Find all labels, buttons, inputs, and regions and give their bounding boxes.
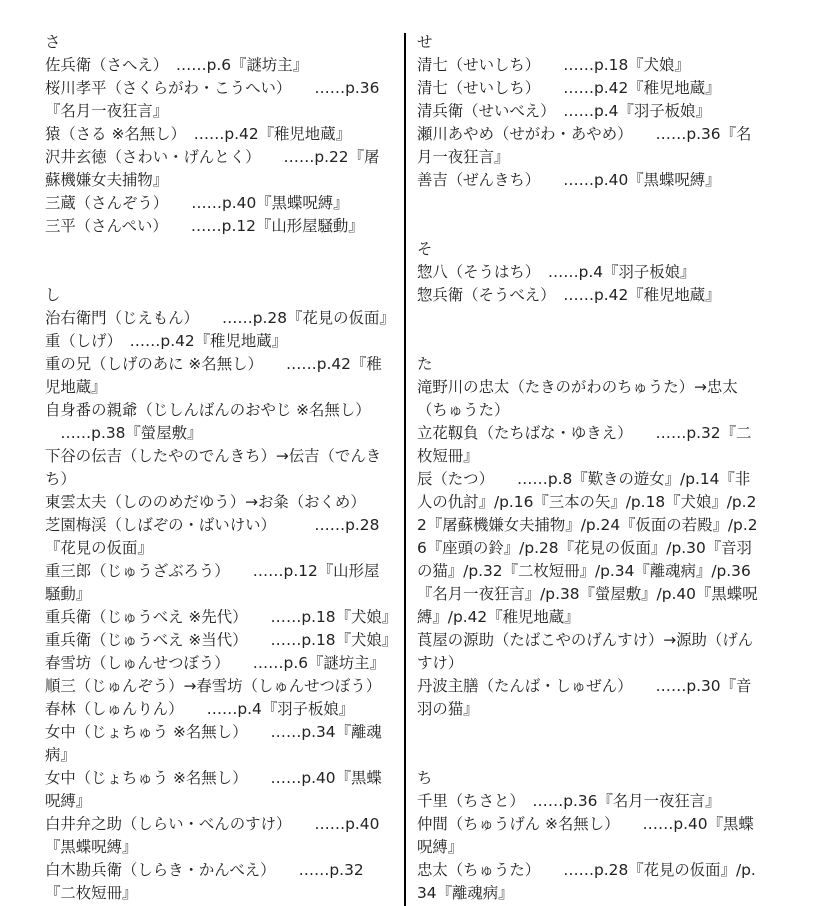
text-line: せ — [417, 31, 758, 54]
blank-line — [417, 330, 758, 353]
text-line: 仲間（ちゅうげん ※名無し） ……p.40『黒蝶 — [417, 813, 758, 836]
text-line: 重の兄（しげのあに ※名無し） ……p.42『稚 — [45, 353, 397, 376]
blank-line — [417, 744, 758, 767]
text-line: 34『離魂病』 — [417, 882, 758, 905]
blank-line — [417, 192, 758, 215]
text-line: 春林（しゅんりん） ……p.4『羽子板娘』 — [45, 698, 397, 721]
text-line: 清七（せいしち） ……p.42『稚児地蔵』 — [417, 77, 758, 100]
text-line: ……p.38『螢屋敷』 — [45, 422, 397, 445]
document-page: さ佐兵衛（さへえ） ……p.6『謎坊主』桜川孝平（さくらがわ・こうへい） ……p… — [0, 0, 827, 906]
text-line: 『黒蝶呪縛』 — [45, 836, 397, 859]
text-line: 忠太（ちゅうた） ……p.28『花見の仮面』/p. — [417, 859, 758, 882]
text-line: 東雲太夫（しののめだゆう）→お粂（おくめ） — [45, 491, 397, 514]
text-line: の猫』/p.32『二枚短冊』/p.34『離魂病』/p.36 — [417, 560, 758, 583]
text-line: 6『座頭の鈴』/p.28『花見の仮面』/p.30『音羽 — [417, 537, 758, 560]
text-line: 児地蔵』 — [45, 376, 397, 399]
blank-line — [45, 261, 397, 284]
text-line: 白井弁之助（しらい・べんのすけ） ……p.40 — [45, 813, 397, 836]
text-line: ち — [417, 767, 758, 790]
text-line: 惣兵衛（そうべえ） ……p.42『稚児地蔵』 — [417, 284, 758, 307]
text-line: 枚短冊』 — [417, 445, 758, 468]
text-line: 呪縛』 — [45, 790, 397, 813]
text-line: すけ） — [417, 652, 758, 675]
text-line: 羽の猫』 — [417, 698, 758, 721]
text-line: 白木勘兵衛（しらき・かんべえ） ……p.32 — [45, 859, 397, 882]
text-line: 清七（せいしち） ……p.18『犬娘』 — [417, 54, 758, 77]
text-line: 月一夜狂言』 — [417, 146, 758, 169]
text-line: 芝園梅渓（しばぞの・ばいけい） ……p.28 — [45, 514, 397, 537]
text-line: 莨屋の源助（たばこやのげんすけ）→源助（げん — [417, 629, 758, 652]
blank-line — [417, 307, 758, 330]
text-line: 自身番の親爺（じしんばんのおやじ ※名無し） — [45, 399, 397, 422]
text-line: た — [417, 353, 758, 376]
text-line: 『名月一夜狂言』 — [45, 100, 397, 123]
column-divider — [404, 33, 406, 906]
text-line: 重兵衛（じゅうべえ ※当代） ……p.18『犬娘』 — [45, 629, 397, 652]
text-line: 立花靱負（たちばな・ゆきえ） ……p.32『二 — [417, 422, 758, 445]
text-line: 辰（たつ） ……p.8『歎きの遊女』/p.14『非 — [417, 468, 758, 491]
text-line: 人の仇討』/p.16『三本の矢』/p.18『犬娘』/p.2 — [417, 491, 758, 514]
text-line: 三平（さんぺい） ……p.12『山形屋騒動』 — [45, 215, 397, 238]
text-line: 重（しげ） ……p.42『稚児地蔵』 — [45, 330, 397, 353]
text-line: 善吉（ぜんきち） ……p.40『黒蝶呪縛』 — [417, 169, 758, 192]
text-line: 治右衛門（じえもん） ……p.28『花見の仮面』 — [45, 307, 397, 330]
blank-line — [417, 215, 758, 238]
text-line: 『花見の仮面』 — [45, 537, 397, 560]
text-line: 『名月一夜狂言』/p.38『螢屋敷』/p.40『黒蝶呪 — [417, 583, 758, 606]
text-line: 滝野川の忠太（たきのがわのちゅうた）→忠太 — [417, 376, 758, 399]
text-line: 『二枚短冊』 — [45, 882, 397, 905]
text-line: 惣八（そうはち） ……p.4『羽子板娘』 — [417, 261, 758, 284]
text-line: ち） — [45, 468, 397, 491]
text-line: 丹波主膳（たんば・しゅぜん） ……p.30『音 — [417, 675, 758, 698]
text-line: 瀬川あやめ（せがわ・あやめ） ……p.36『名 — [417, 123, 758, 146]
index-column-left: さ佐兵衛（さへえ） ……p.6『謎坊主』桜川孝平（さくらがわ・こうへい） ……p… — [45, 31, 397, 905]
text-line: そ — [417, 238, 758, 261]
text-line: 下谷の伝吉（したやのでんきち）→伝吉（でんき — [45, 445, 397, 468]
text-line: さ — [45, 31, 397, 54]
text-line: 病』 — [45, 744, 397, 767]
text-line: 春雪坊（しゅんせつぼう） ……p.6『謎坊主』 — [45, 652, 397, 675]
text-line: 重兵衛（じゅうべえ ※先代） ……p.18『犬娘』 — [45, 606, 397, 629]
text-line: 縛』/p.42『稚児地蔵』 — [417, 606, 758, 629]
text-line: 呪縛』 — [417, 836, 758, 859]
text-line: 佐兵衛（さへえ） ……p.6『謎坊主』 — [45, 54, 397, 77]
text-line: 千里（ちさと） ……p.36『名月一夜狂言』 — [417, 790, 758, 813]
text-line: 猿（さる ※名無し） ……p.42『稚児地蔵』 — [45, 123, 397, 146]
text-line: 沢井玄徳（さわい・げんとく） ……p.22『屠 — [45, 146, 397, 169]
text-line: 順三（じゅんぞう）→春雪坊（しゅんせつぼう） — [45, 675, 397, 698]
text-line: 2『屠蘇機嫌女夫捕物』/p.24『仮面の若殿』/p.2 — [417, 514, 758, 537]
text-line: 女中（じょちゅう ※名無し） ……p.34『離魂 — [45, 721, 397, 744]
text-line: 騒動』 — [45, 583, 397, 606]
text-line: 清兵衛（せいべえ） ……p.4『羽子板娘』 — [417, 100, 758, 123]
index-column-right: せ清七（せいしち） ……p.18『犬娘』清七（せいしち） ……p.42『稚児地蔵… — [417, 31, 758, 905]
blank-line — [45, 238, 397, 261]
text-line: 女中（じょちゅう ※名無し） ……p.40『黒蝶 — [45, 767, 397, 790]
text-line: 重三郎（じゅうざぶろう） ……p.12『山形屋 — [45, 560, 397, 583]
text-line: 桜川孝平（さくらがわ・こうへい） ……p.36 — [45, 77, 397, 100]
text-line: 三蔵（さんぞう） ……p.40『黒蝶呪縛』 — [45, 192, 397, 215]
blank-line — [417, 721, 758, 744]
text-line: （ちゅうた） — [417, 399, 758, 422]
text-line: 蘇機嫌女夫捕物』 — [45, 169, 397, 192]
text-line: し — [45, 284, 397, 307]
